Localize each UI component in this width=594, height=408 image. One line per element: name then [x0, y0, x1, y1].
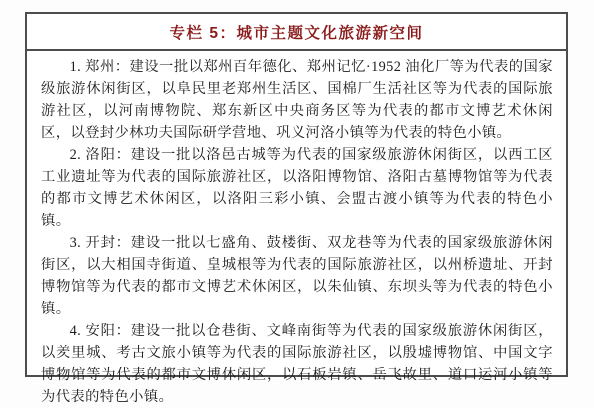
- panel-body: 1. 郑州：建设一批以郑州百年德化、郑州记忆·1952 油化厂等为代表的国家级旅…: [27, 51, 566, 408]
- paragraph-kaifeng: 3. 开封：建设一批以七盛角、鼓楼街、双龙巷等为代表的国家级旅游休闲街区，以大相…: [41, 232, 553, 320]
- document-page: 专栏 5：城市主题文化旅游新空间 1. 郑州：建设一批以郑州百年德化、郑州记忆·…: [0, 0, 594, 390]
- panel-title-bar: 专栏 5：城市主题文化旅游新空间: [27, 14, 566, 51]
- paragraph-luoyang: 2. 洛阳：建设一批以洛邑古城等为代表的国家级旅游休闲街区，以西工区工业遗址等为…: [41, 144, 553, 232]
- column-panel: 专栏 5：城市主题文化旅游新空间 1. 郑州：建设一批以郑州百年德化、郑州记忆·…: [25, 12, 568, 377]
- paragraph-anyang: 4. 安阳：建设一批以仓巷街、文峰南街等为代表的国家级旅游休闲街区，以羑里城、考…: [41, 320, 553, 408]
- paragraph-zhengzhou: 1. 郑州：建设一批以郑州百年德化、郑州记忆·1952 油化厂等为代表的国家级旅…: [41, 56, 553, 144]
- panel-title: 专栏 5：城市主题文化旅游新空间: [170, 21, 424, 43]
